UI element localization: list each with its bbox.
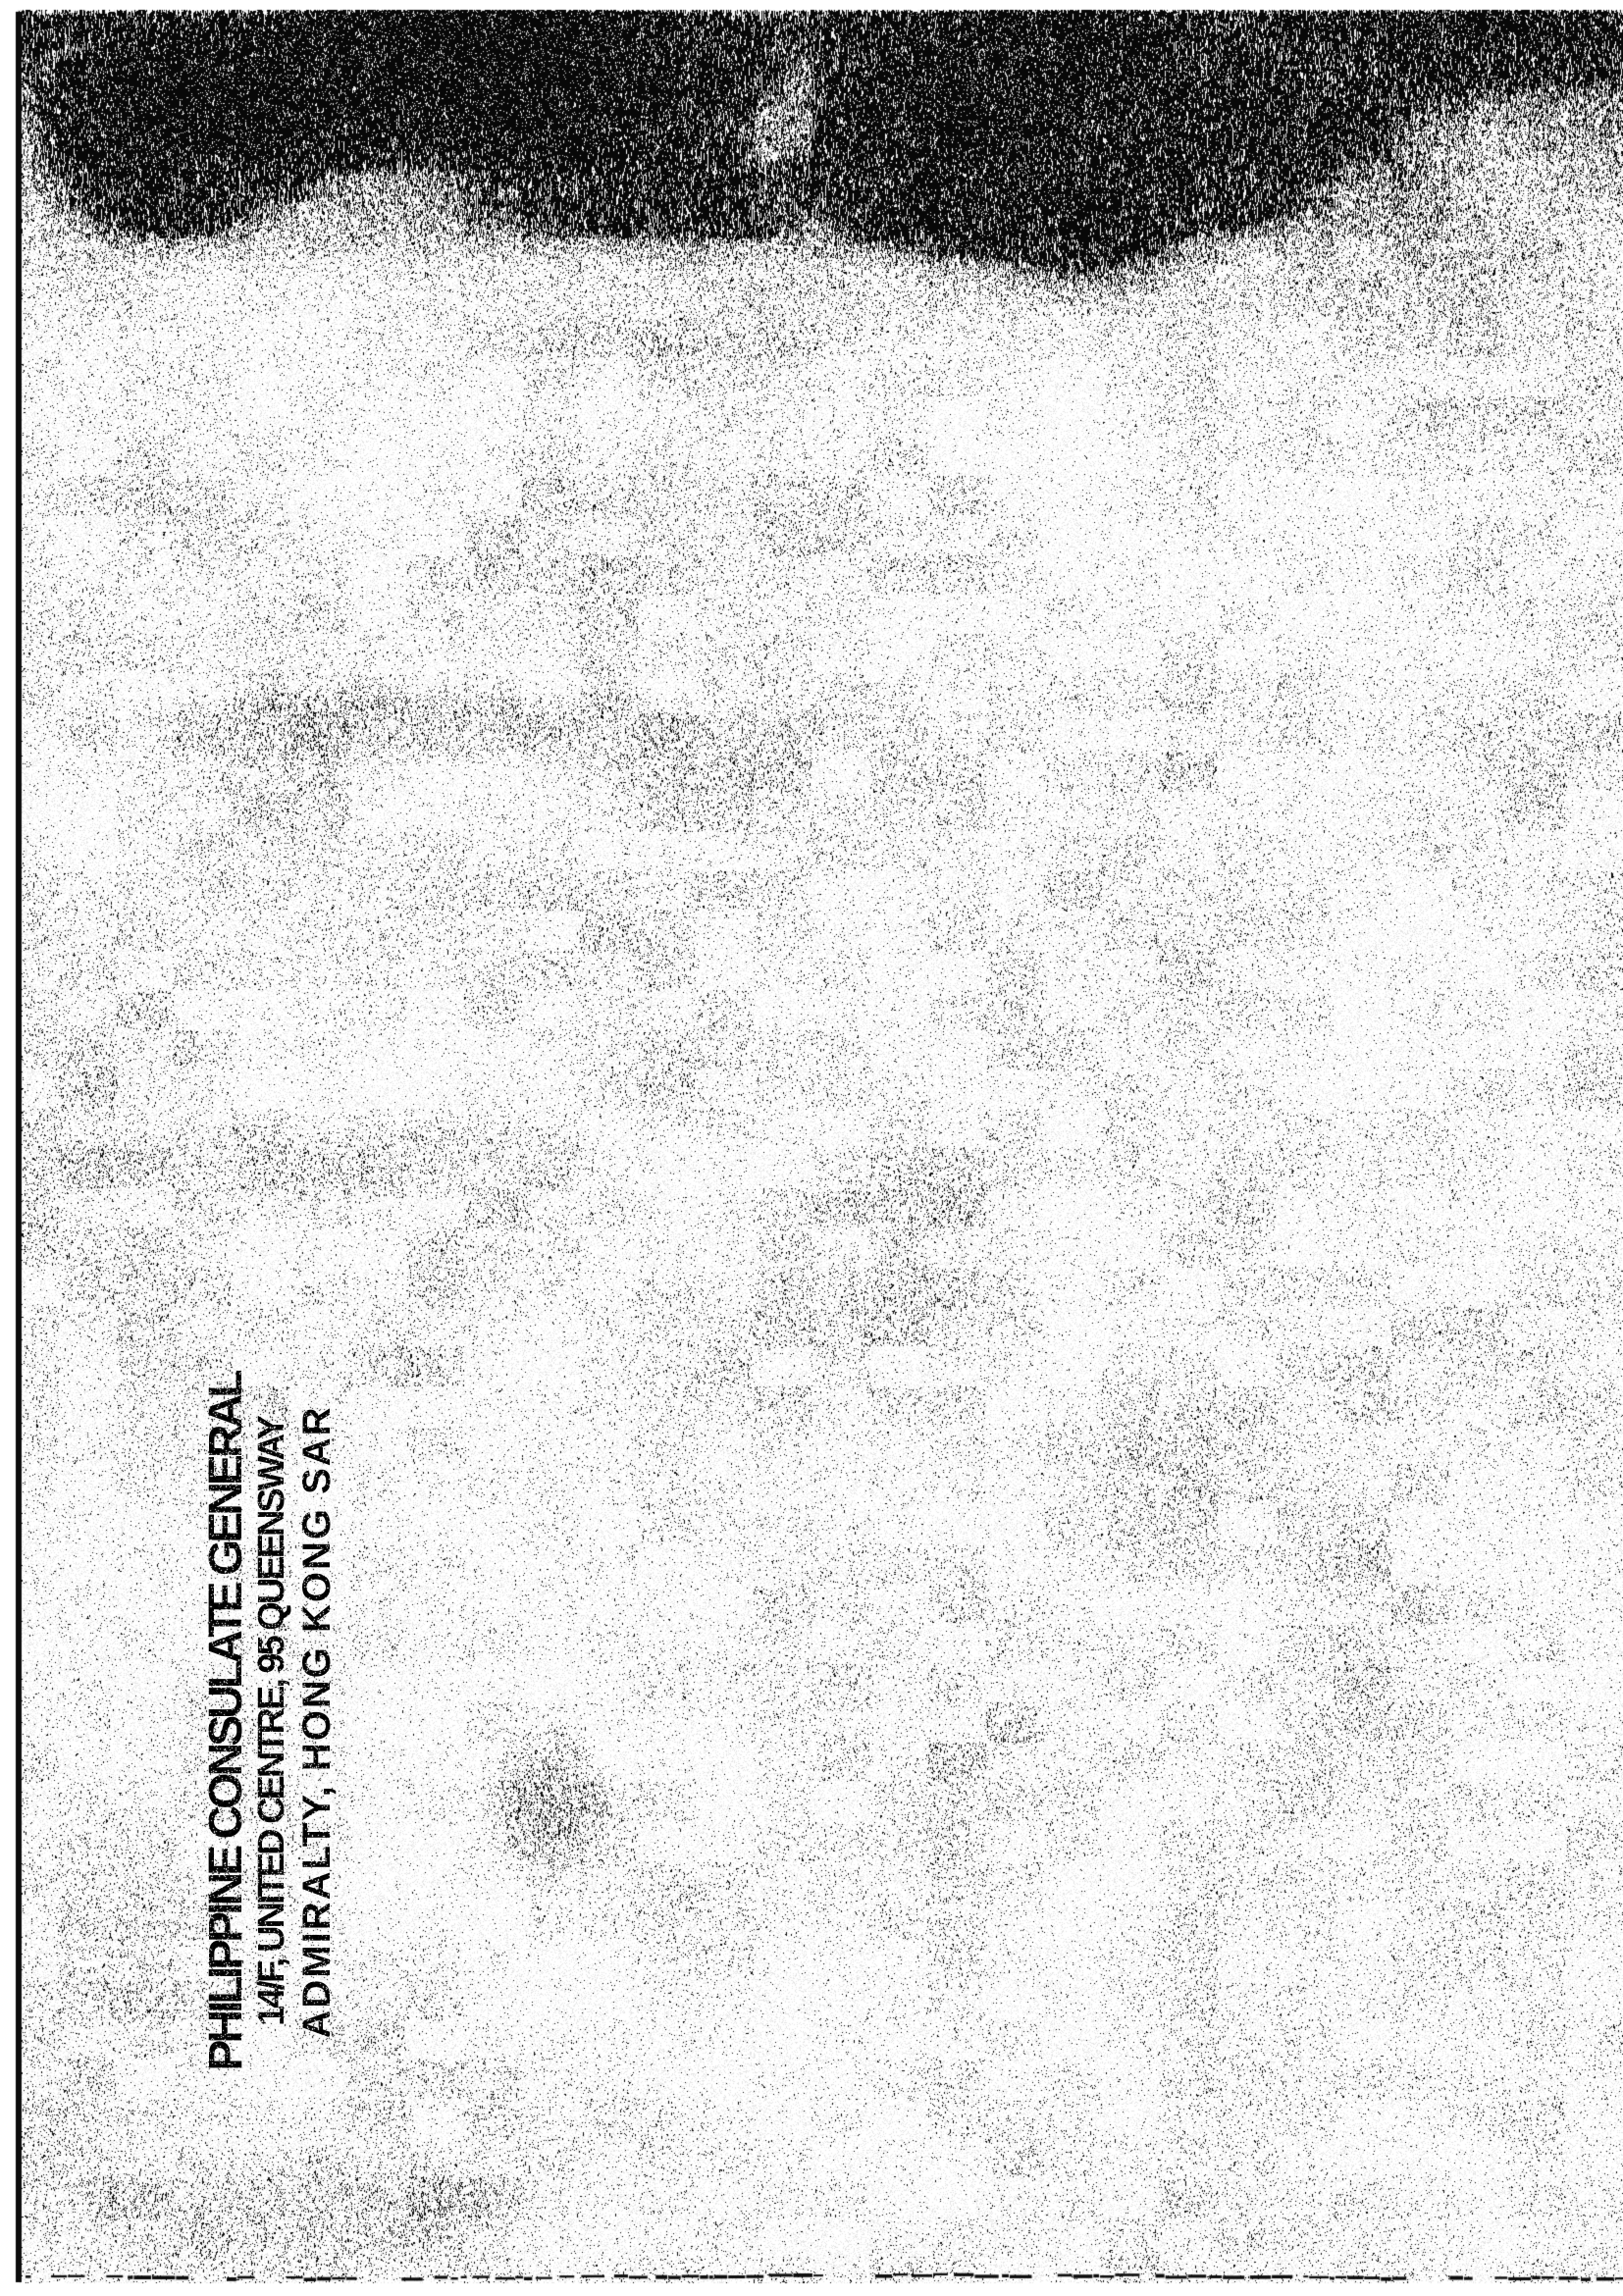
stamp-line-organization: PHILIPPINE CONSULATE GENERAL: [204, 1359, 249, 2085]
scanned-page: PHILIPPINE CONSULATE GENERAL 14/F, UNITE…: [0, 0, 1623, 2296]
consulate-address-stamp: PHILIPPINE CONSULATE GENERAL 14/F, UNITE…: [204, 1359, 341, 2085]
stamp-line-street-address: 14/F, UNITED CENTRE, 95 QUEENSWAY: [249, 1359, 294, 2085]
stamp-line-city-region: ADMIRALTY, HONG KONG SAR: [294, 1359, 340, 2085]
